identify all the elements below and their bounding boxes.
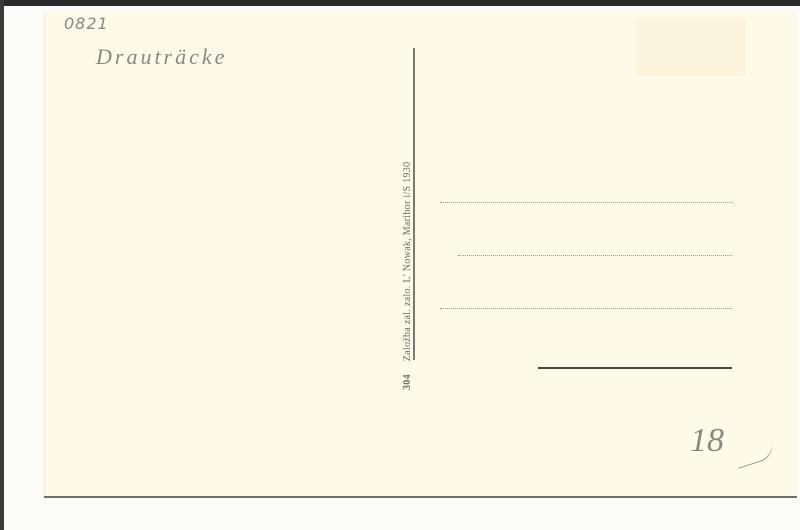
handwritten-word: Drauträcke — [96, 44, 227, 70]
scan-top-edge — [0, 0, 800, 6]
address-line-4 — [538, 367, 732, 369]
center-divider — [413, 48, 415, 360]
stamp-area — [636, 18, 746, 76]
address-line-2 — [458, 255, 732, 256]
address-line-3 — [440, 308, 732, 309]
publisher-text: Založba zal. zalo. L' Nowak, Maribor i/S… — [402, 162, 413, 362]
address-line-1 — [440, 202, 732, 203]
handwritten-code: 0821 — [64, 14, 109, 33]
postcard — [44, 12, 797, 496]
publisher-number: 304 — [402, 374, 413, 390]
handwritten-price: 18 — [690, 422, 724, 460]
publisher-line: 304 Založba zal. zalo. L' Nowak, Maribor… — [402, 162, 413, 390]
scan-left-edge — [0, 0, 4, 530]
